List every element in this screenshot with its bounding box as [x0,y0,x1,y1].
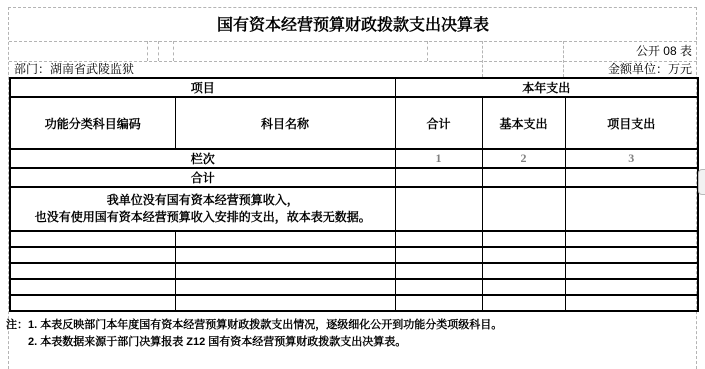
cell-empty [482,263,565,279]
cell-empty [175,295,395,311]
cell-empty [565,231,698,247]
cell-header-project-expenditure: 项目支出 [565,97,698,149]
amount-unit-label: 金额单位：万元 [608,61,692,77]
cell-no-data-message: 我单位没有国有资本经营预算收入， 也没有使用国有资本经营预算收入安排的支出，故本… [10,187,395,231]
cell-rank-2: 2 [482,149,565,168]
footnote-prefix: 注： [6,317,28,334]
scrollbar-thumb[interactable] [698,169,705,195]
department-label: 部门： [14,62,50,76]
cell-empty [175,263,395,279]
cell-empty [395,279,482,295]
cell-empty [565,263,698,279]
footnotes: 注： 1. 本表反映部门本年度国有资本经营预算财政拨款支出情况，逐级细化公开到功… [6,317,698,351]
cell-header-function-code: 功能分类科目编码 [10,97,175,149]
sheet-code-label: 公开 08 表 [9,42,692,61]
cell-empty [10,279,175,295]
table-row-total: 合计 [10,168,698,187]
cell-group-project: 项目 [10,78,395,97]
cell-empty [175,279,395,295]
cell-empty [565,247,698,263]
department-value: 湖南省武陵监狱 [50,62,134,76]
cell-empty [565,279,698,295]
cell-header-subject-name: 科目名称 [175,97,395,149]
table-row-no-data-message: 我单位没有国有资本经营预算收入， 也没有使用国有资本经营预算收入安排的支出，故本… [10,187,698,231]
cell-group-current-year: 本年支出 [395,78,698,97]
footnote-2: 2. 本表数据来源于部门决算报表 Z12 国有资本经营预算财政拨款支出决算表。 [28,334,698,351]
table-row-column-header: 功能分类科目编码 科目名称 合计 基本支出 项目支出 [10,97,698,149]
cell-empty [482,279,565,295]
table-row-empty [10,295,698,311]
cell-empty [482,247,565,263]
no-data-message-line1: 我单位没有国有资本经营预算收入， [11,192,395,209]
cell-rank-3: 3 [565,149,698,168]
cell-total-col2 [482,168,565,187]
cell-empty [395,231,482,247]
cell-total-col1 [395,168,482,187]
table-row-empty [10,231,698,247]
cell-rank-1: 1 [395,149,482,168]
cell-total-col3 [565,168,698,187]
department-line: 部门：湖南省武陵监狱 [14,61,134,77]
cell-empty [482,231,565,247]
meta-row: 部门：湖南省武陵监狱 金额单位：万元 [9,61,692,77]
cell-header-basic-expenditure: 基本支出 [482,97,565,149]
grid-line [8,7,697,8]
cell-empty [395,263,482,279]
table-row-group-header: 项目 本年支出 [10,78,698,97]
cell-empty [395,247,482,263]
table-row-rank: 栏次 1 2 3 [10,149,698,168]
spreadsheet-page: 国有资本经营预算财政拨款支出决算表 公开 08 表 部门：湖南省武陵监狱 金额单… [0,0,705,369]
cell-empty [565,187,698,231]
footnote-1: 1. 本表反映部门本年度国有资本经营预算财政拨款支出情况，逐级细化公开到功能分类… [28,317,698,334]
no-data-message-line2: 也没有使用国有资本经营预算收入安排的支出，故本表无数据。 [11,209,395,226]
cell-empty [175,231,395,247]
cell-empty [10,231,175,247]
page-title: 国有资本经营预算财政拨款支出决算表 [9,12,697,40]
cell-empty [175,247,395,263]
cell-empty [482,187,565,231]
expenditure-table: 项目 本年支出 功能分类科目编码 科目名称 合计 基本支出 项目支出 栏次 1 … [9,77,699,312]
cell-empty [10,295,175,311]
cell-empty [482,295,565,311]
cell-rank-label: 栏次 [10,149,395,168]
table-row-empty [10,247,698,263]
cell-total-label: 合计 [10,168,395,187]
cell-empty [10,263,175,279]
table-row-empty [10,263,698,279]
table-row-empty [10,279,698,295]
cell-empty [565,295,698,311]
cell-empty [10,247,175,263]
footnote-items: 1. 本表反映部门本年度国有资本经营预算财政拨款支出情况，逐级细化公开到功能分类… [28,317,698,351]
cell-empty [395,187,482,231]
cell-header-total: 合计 [395,97,482,149]
cell-empty [395,295,482,311]
